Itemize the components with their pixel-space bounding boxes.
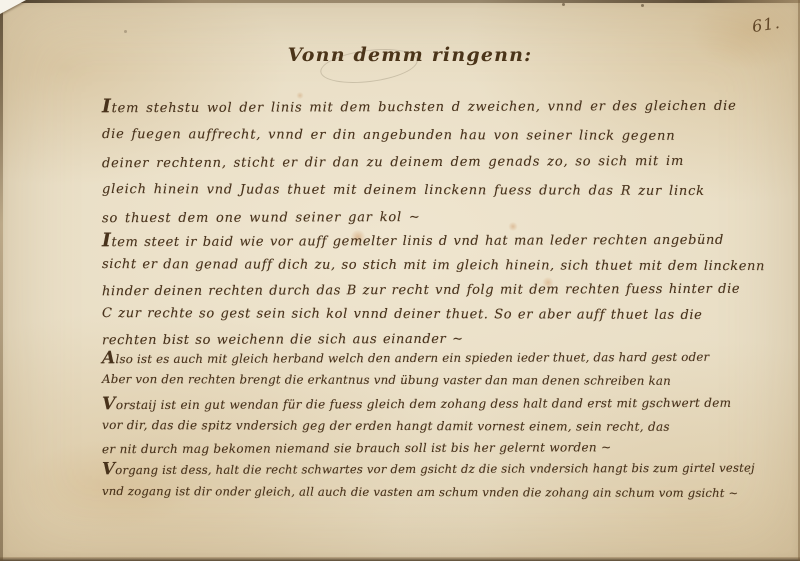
paragraph: Item steet ir baid wie vor auff gemelter… xyxy=(102,227,730,353)
manuscript-line: Vorgang ist dess, halt die recht schwart… xyxy=(102,455,730,482)
paragraph: Vorstaij ist ein gut wendan für die fues… xyxy=(102,392,730,460)
ink-speck xyxy=(124,30,127,33)
page-edge-top xyxy=(0,0,800,3)
page-title: Vonn demm ringenn: xyxy=(90,44,730,66)
page-edge-bottom xyxy=(0,557,800,561)
manuscript-line: vor dir, das die spitz vndersich geg der… xyxy=(102,414,730,438)
page-corner-curl xyxy=(0,0,26,14)
manuscript-line: hinder deinen rechten durch das B zur re… xyxy=(102,277,730,304)
text-block: Item stehstu wol der linis mit dem buchs… xyxy=(102,92,730,503)
manuscript-line: vnd zogang ist dir onder gleich, all auc… xyxy=(102,480,730,504)
manuscript-line: Item stehstu wol der linis mit dem buchs… xyxy=(102,91,730,123)
manuscript-line: Also ist es auch mit gleich herband welc… xyxy=(102,345,730,371)
manuscript-line: deiner rechtenn, sticht er dir dan zu de… xyxy=(102,148,730,178)
folio-number: 61. xyxy=(750,13,781,36)
page-edge-left xyxy=(0,0,3,561)
manuscript-page: 61. Vonn demm ringenn: Item stehstu wol … xyxy=(0,0,800,561)
manuscript-line: Aber von den rechten brengt die erkantnu… xyxy=(102,368,730,392)
ink-speck xyxy=(562,3,565,6)
paragraph: Item stehstu wol der linis mit dem buchs… xyxy=(102,92,730,232)
manuscript-line: sicht er dan genad auff dich zu, so stic… xyxy=(102,253,730,279)
manuscript-line: die fuegen auffrecht, vnnd er din angebu… xyxy=(102,121,730,150)
paragraph: Also ist es auch mit gleich herband welc… xyxy=(102,346,730,392)
paragraph: Vorgang ist dess, halt die recht schwart… xyxy=(102,456,730,503)
ink-speck xyxy=(641,4,644,7)
manuscript-line: Vorstaij ist ein gut wendan für die fues… xyxy=(102,390,730,416)
manuscript-line: C zur rechte so gest sein sich kol vnnd … xyxy=(102,302,730,328)
manuscript-line: gleich hinein vnd Judas thuet mit deinem… xyxy=(102,176,730,205)
manuscript-line: Item steet ir baid wie vor auff gemelter… xyxy=(102,225,730,255)
